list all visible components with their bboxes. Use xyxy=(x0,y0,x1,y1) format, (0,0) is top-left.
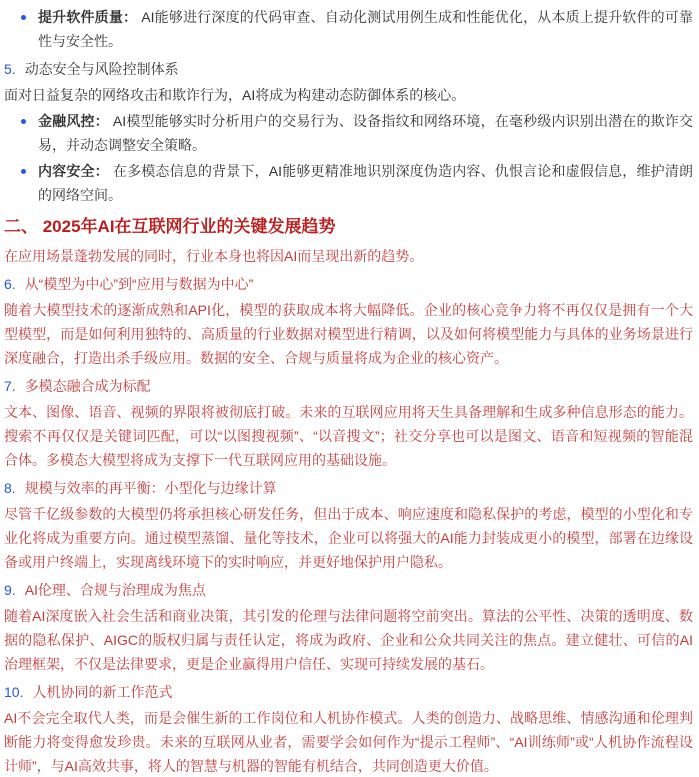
item-number: 8. xyxy=(4,480,16,496)
item-title: AI伦理、合规与治理成为焦点 xyxy=(25,582,206,598)
item-title: 规模与效率的再平衡：小型化与边缘计算 xyxy=(25,480,277,496)
item-number: 6. xyxy=(4,276,16,292)
trend-paragraph: 尽管千亿级参数的大模型仍将承担核心研发任务，但出于成本、响应速度和隐私保护的考虑… xyxy=(4,502,693,574)
item-number: 10. xyxy=(4,684,23,700)
trend-paragraph: 随着AI深度嵌入社会生活和商业决策，其引发的伦理与法律问题将空前突出。算法的公平… xyxy=(4,604,693,676)
numbered-item-7: 7.多模态融合成为标配 xyxy=(4,374,693,398)
paragraph: 面对日益复杂的网络攻击和欺诈行为，AI将成为构建动态防御体系的核心。 xyxy=(4,83,693,107)
bullet-text: AI能够进行深度的代码审查、自动化测试用例生成和性能优化，从本质上提升软件的可靠… xyxy=(38,9,693,49)
item-title: 多模态融合成为标配 xyxy=(25,378,151,394)
bullet-text: AI模型能够实时分析用户的交易行为、设备指纹和网络环境，在毫秒级内识别出潜在的欺… xyxy=(38,113,693,153)
security-list: 金融风控： AI模型能够实时分析用户的交易行为、设备指纹和网络环境，在毫秒级内识… xyxy=(4,109,693,207)
bullet-icon xyxy=(21,15,26,20)
document-body: 提升软件质量： AI能够进行深度的代码审查、自动化测试用例生成和性能优化，从本质… xyxy=(0,0,699,777)
item-number: 9. xyxy=(4,582,16,598)
section-heading: 二、 2025年AI在互联网行业的关键发展趋势 xyxy=(4,214,693,240)
list-item: 内容安全： 在多模态信息的背景下，AI能够更精准地识别深度伪造内容、仇恨言论和虚… xyxy=(4,159,693,207)
item-number: 7. xyxy=(4,378,16,394)
list-item: 金融风控： AI模型能够实时分析用户的交易行为、设备指纹和网络环境，在毫秒级内识… xyxy=(4,109,693,157)
bullet-lead: 内容安全： xyxy=(38,163,109,179)
item-title: 动态安全与风险控制体系 xyxy=(25,61,179,77)
trend-paragraph: AI不会完全取代人类，而是会催生新的工作岗位和人机协作模式。人类的创造力、战略思… xyxy=(4,706,693,777)
bullet-lead: 金融风控： xyxy=(38,113,109,129)
numbered-item-6: 6.从“模型为中心”到“应用与数据为中心” xyxy=(4,272,693,296)
numbered-item-9: 9.AI伦理、合规与治理成为焦点 xyxy=(4,578,693,602)
numbered-item-8: 8.规模与效率的再平衡：小型化与边缘计算 xyxy=(4,476,693,500)
bullet-lead: 提升软件质量： xyxy=(38,9,137,25)
trend-paragraph: 文本、图像、语音、视频的界限将被彻底打破。未来的互联网应用将天生具备理解和生成多… xyxy=(4,400,693,472)
numbered-item-10: 10.人机协同的新工作范式 xyxy=(4,680,693,704)
software-quality-list: 提升软件质量： AI能够进行深度的代码审查、自动化测试用例生成和性能优化，从本质… xyxy=(4,5,693,53)
bullet-icon xyxy=(21,169,26,174)
item-number: 5. xyxy=(4,61,16,77)
item-title: 从“模型为中心”到“应用与数据为中心” xyxy=(25,276,254,292)
numbered-item-5: 5.动态安全与风险控制体系 xyxy=(4,57,693,81)
bullet-text: 在多模态信息的背景下，AI能够更精准地识别深度伪造内容、仇恨言论和虚假信息，维护… xyxy=(38,163,693,203)
bullet-icon xyxy=(21,119,26,124)
trend-paragraph: 随着大模型技术的逐渐成熟和API化，模型的获取成本将大幅降低。企业的核心竞争力将… xyxy=(4,298,693,370)
list-item: 提升软件质量： AI能够进行深度的代码审查、自动化测试用例生成和性能优化，从本质… xyxy=(4,5,693,53)
item-title: 人机协同的新工作范式 xyxy=(32,684,172,700)
section-intro: 在应用场景蓬勃发展的同时，行业本身也将因AI而呈现出新的趋势。 xyxy=(4,244,693,268)
